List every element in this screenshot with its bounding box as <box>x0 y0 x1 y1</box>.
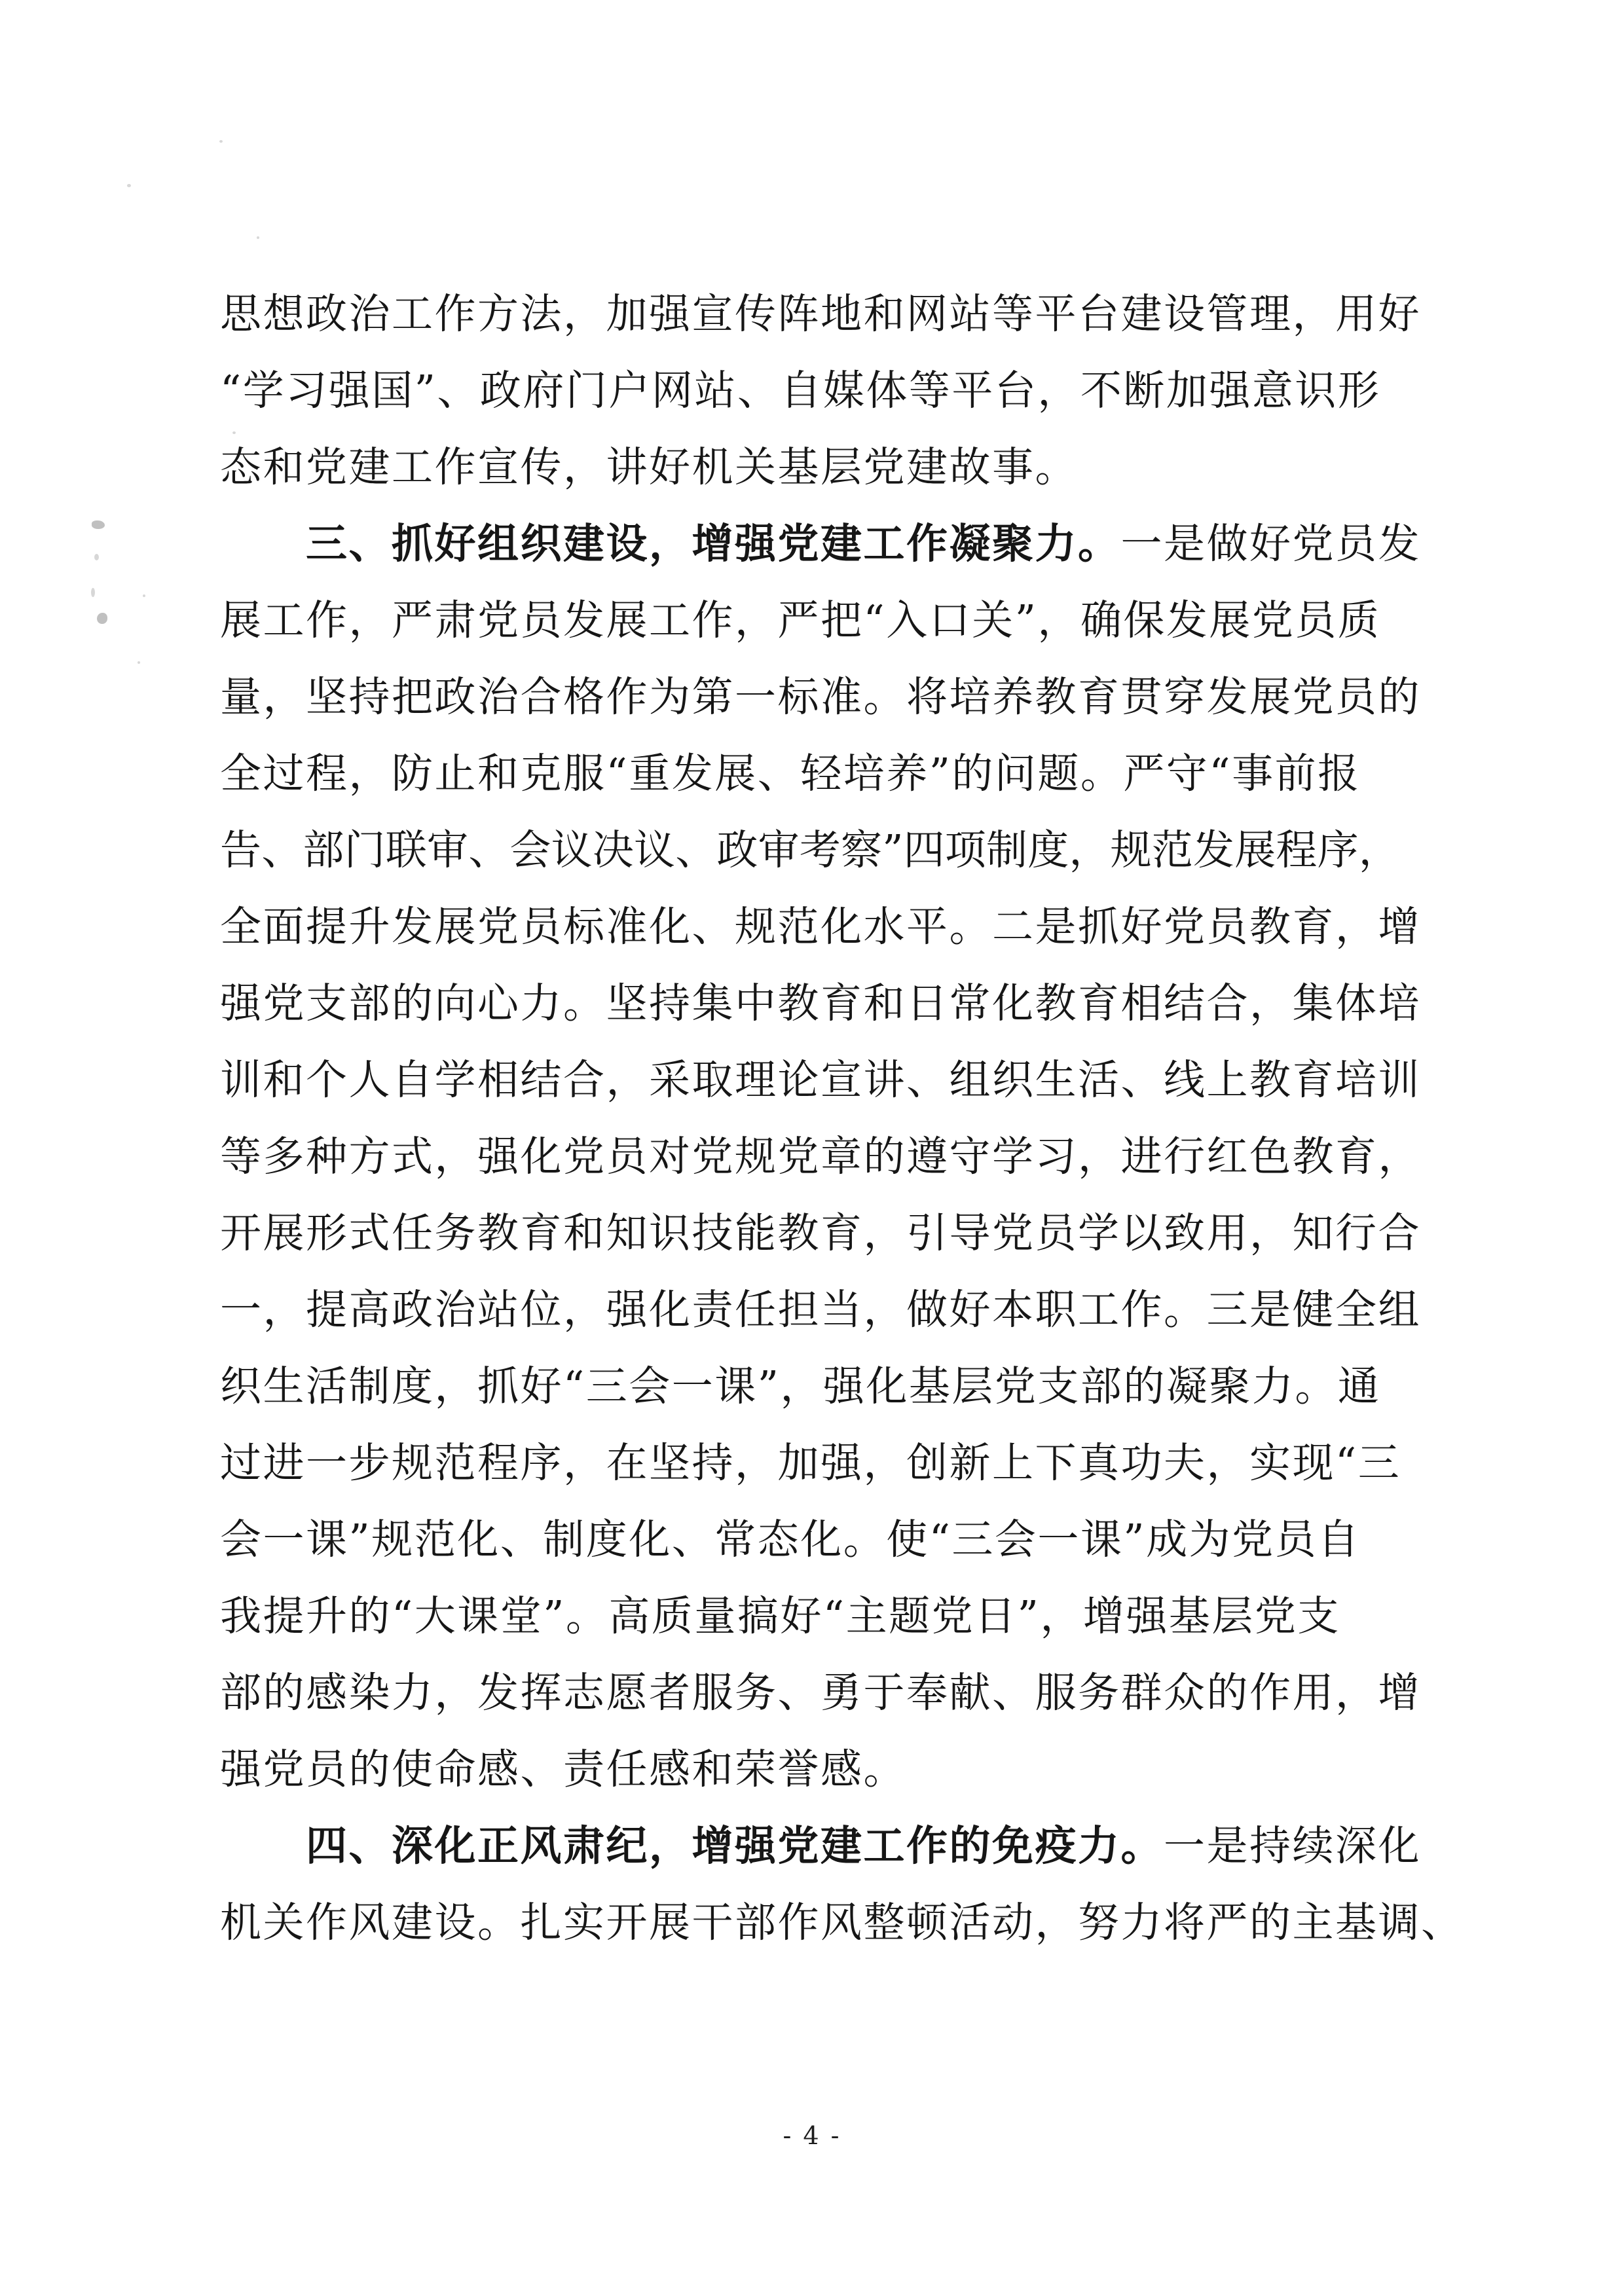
scan-artifact <box>97 613 107 624</box>
text-line: 强党员的使命感、责任感和荣誉感。 <box>220 1731 1422 1808</box>
scan-artifact <box>138 661 140 664</box>
text-line: 全面提升发展党员标准化、规范化水平。二是抓好党员教育，增 <box>220 888 1422 965</box>
text-line: 过进一步规范程序，在坚持，加强，创新上下真功夫，实现“三 <box>220 1425 1422 1501</box>
page-number: - 4 - <box>0 2121 1624 2150</box>
scan-artifact <box>91 588 95 597</box>
text-line: 训和个人自学相结合，采取理论宣讲、组织生活、线上教育培训 <box>220 1042 1422 1118</box>
scan-artifact <box>92 520 105 529</box>
text-line: 强党支部的向心力。坚持集中教育和日常化教育相结合，集体培 <box>220 965 1422 1042</box>
scan-artifact <box>127 184 131 187</box>
text-line: 思想政治工作方法，加强宣传阵地和网站等平台建设管理，用好 <box>220 276 1422 352</box>
text-line: 织生活制度，抓好“三会一课”，强化基层党支部的凝聚力。通 <box>220 1348 1422 1425</box>
section-3-heading: 三、抓好组织建设，增强党建工作凝聚力。 <box>306 519 1121 568</box>
text-line: 全过程，防止和克服“重发展、轻培养”的问题。严守“事前报 <box>220 735 1422 812</box>
text-line: “学习强国”、政府门户网站、自媒体等平台，不断加强意识形 <box>220 352 1422 429</box>
scan-artifact <box>94 554 99 560</box>
scan-artifact <box>219 140 223 143</box>
text-line: 会一课”规范化、制度化、常态化。使“三会一课”成为党员自 <box>220 1501 1422 1578</box>
document-body: 思想政治工作方法，加强宣传阵地和网站等平台建设管理，用好 “学习强国”、政府门户… <box>220 276 1422 1961</box>
text-line: 一，提高政治站位，强化责任担当，做好本职工作。三是健全组 <box>220 1271 1422 1348</box>
text-line: 态和党建工作宣传，讲好机关基层党建故事。 <box>220 429 1422 505</box>
section-4-heading: 四、深化正风肃纪，增强党建工作的免疫力。 <box>306 1821 1164 1870</box>
text-line: 四、深化正风肃纪，增强党建工作的免疫力。一是持续深化 <box>220 1808 1422 1884</box>
scan-artifact <box>143 594 145 597</box>
text-line: 机关作风建设。扎实开展干部作风整顿活动，努力将严的主基调、 <box>220 1884 1422 1961</box>
section-4-run-in: 一是持续深化 <box>1164 1822 1421 1870</box>
text-line: 我提升的“大课堂”。高质量搞好“主题党日”，增强基层党支 <box>220 1578 1422 1654</box>
text-line: 开展形式任务教育和知识技能教育，引导党员学以致用，知行合 <box>220 1195 1422 1271</box>
text-line: 部的感染力，发挥志愿者服务、勇于奉献、服务群众的作用，增 <box>220 1654 1422 1731</box>
scan-artifact <box>257 236 259 239</box>
text-line: 告、部门联审、会议决议、政审考察”四项制度，规范发展程序， <box>220 812 1422 888</box>
text-line: 三、抓好组织建设，增强党建工作凝聚力。一是做好党员发 <box>220 505 1422 582</box>
text-line: 展工作，严肃党员发展工作，严把“入口关”，确保发展党员质 <box>220 582 1422 659</box>
scanned-document-page: 思想政治工作方法，加强宣传阵地和网站等平台建设管理，用好 “学习强国”、政府门户… <box>0 0 1624 2296</box>
text-line: 等多种方式，强化党员对党规党章的遵守学习，进行红色教育， <box>220 1118 1422 1195</box>
section-3-run-in: 一是做好党员发 <box>1121 520 1422 568</box>
text-line: 量，坚持把政治合格作为第一标准。将培养教育贯穿发展党员的 <box>220 659 1422 735</box>
